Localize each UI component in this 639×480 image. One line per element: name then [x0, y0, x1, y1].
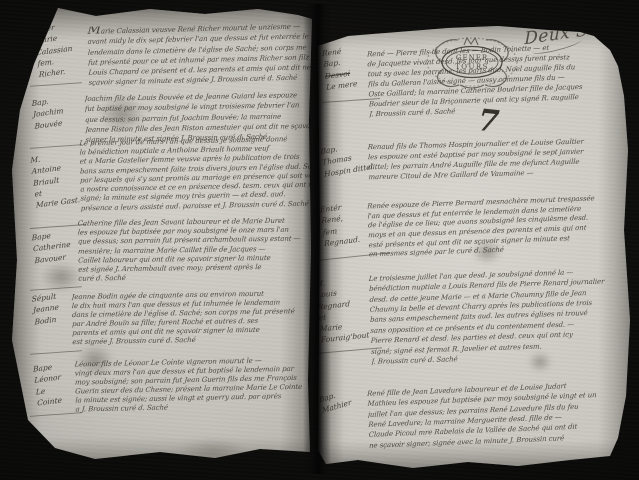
margin-note: SépultJeanneBodin [31, 291, 61, 328]
tax-stamp: GENER TOURS [420, 32, 524, 90]
margin-note: BapeLéonorLeCointe [32, 361, 64, 409]
register-entry: René fille de Jean Lavedure laboureur et… [367, 379, 621, 451]
register-entry: Léonor fils de Léonor Le Cointe vigneron… [74, 356, 313, 415]
ink-stain [178, 438, 248, 464]
margin-note: BapeCatherineBavouer [31, 228, 73, 266]
stamp-text-bottom: TOURS [455, 63, 489, 71]
margin-rule [30, 144, 82, 149]
margin-note: Bap.JoachimBouvée [31, 94, 65, 131]
register-entry: Renaud fils de Thomas Hospin journalier … [368, 137, 619, 183]
margin-note: M.AntoineBriaultetMarie Gast. [30, 149, 81, 210]
register-entry: Catherine fille des Jean Savant laboureu… [78, 216, 315, 284]
page-number: 7 [476, 103, 500, 140]
register-entry: Le premier jour de mars l'an que dessus … [79, 135, 314, 214]
left-page: EntérMarieCalassianfem.Richer. Bap.Joach… [12, 8, 324, 470]
right-page: Deux So GENER TOURS 7 RenéBap.DesvoiLe m… [318, 20, 636, 472]
margin-rule [30, 350, 82, 355]
margin-note: M.LouisRegnardetMarieFouraig'bout [315, 274, 370, 346]
margin-note: Bap.ThomasHospin dittel [320, 138, 374, 179]
manuscript-scan: EntérMarieCalassianfem.Richer. Bap.Joach… [0, 0, 639, 480]
register-entry: Le troisiesme juillet l'an que desd. je … [369, 266, 622, 367]
margin-rule [30, 412, 82, 417]
margin-note: RenéBap.DesvoiLe mere [321, 44, 358, 92]
margin-rule [30, 82, 82, 87]
stamp-text-top: GENER [456, 54, 488, 62]
margin-note: Bap.Mathier [317, 386, 352, 416]
margin-note: EntérRené,femRegnaud. [319, 200, 360, 249]
register-entry: Jeanne Bodin agée de cinquante ans ou en… [72, 289, 313, 348]
register-entry: Renée espouze de Pierre Bernard mesnachè… [367, 194, 621, 261]
margin-note: EntérMarieCalassianfem.Richer. [33, 20, 76, 80]
register-entry: Marie Calassian veusve René Richer mouru… [87, 21, 316, 88]
stamp-oval [442, 47, 502, 78]
